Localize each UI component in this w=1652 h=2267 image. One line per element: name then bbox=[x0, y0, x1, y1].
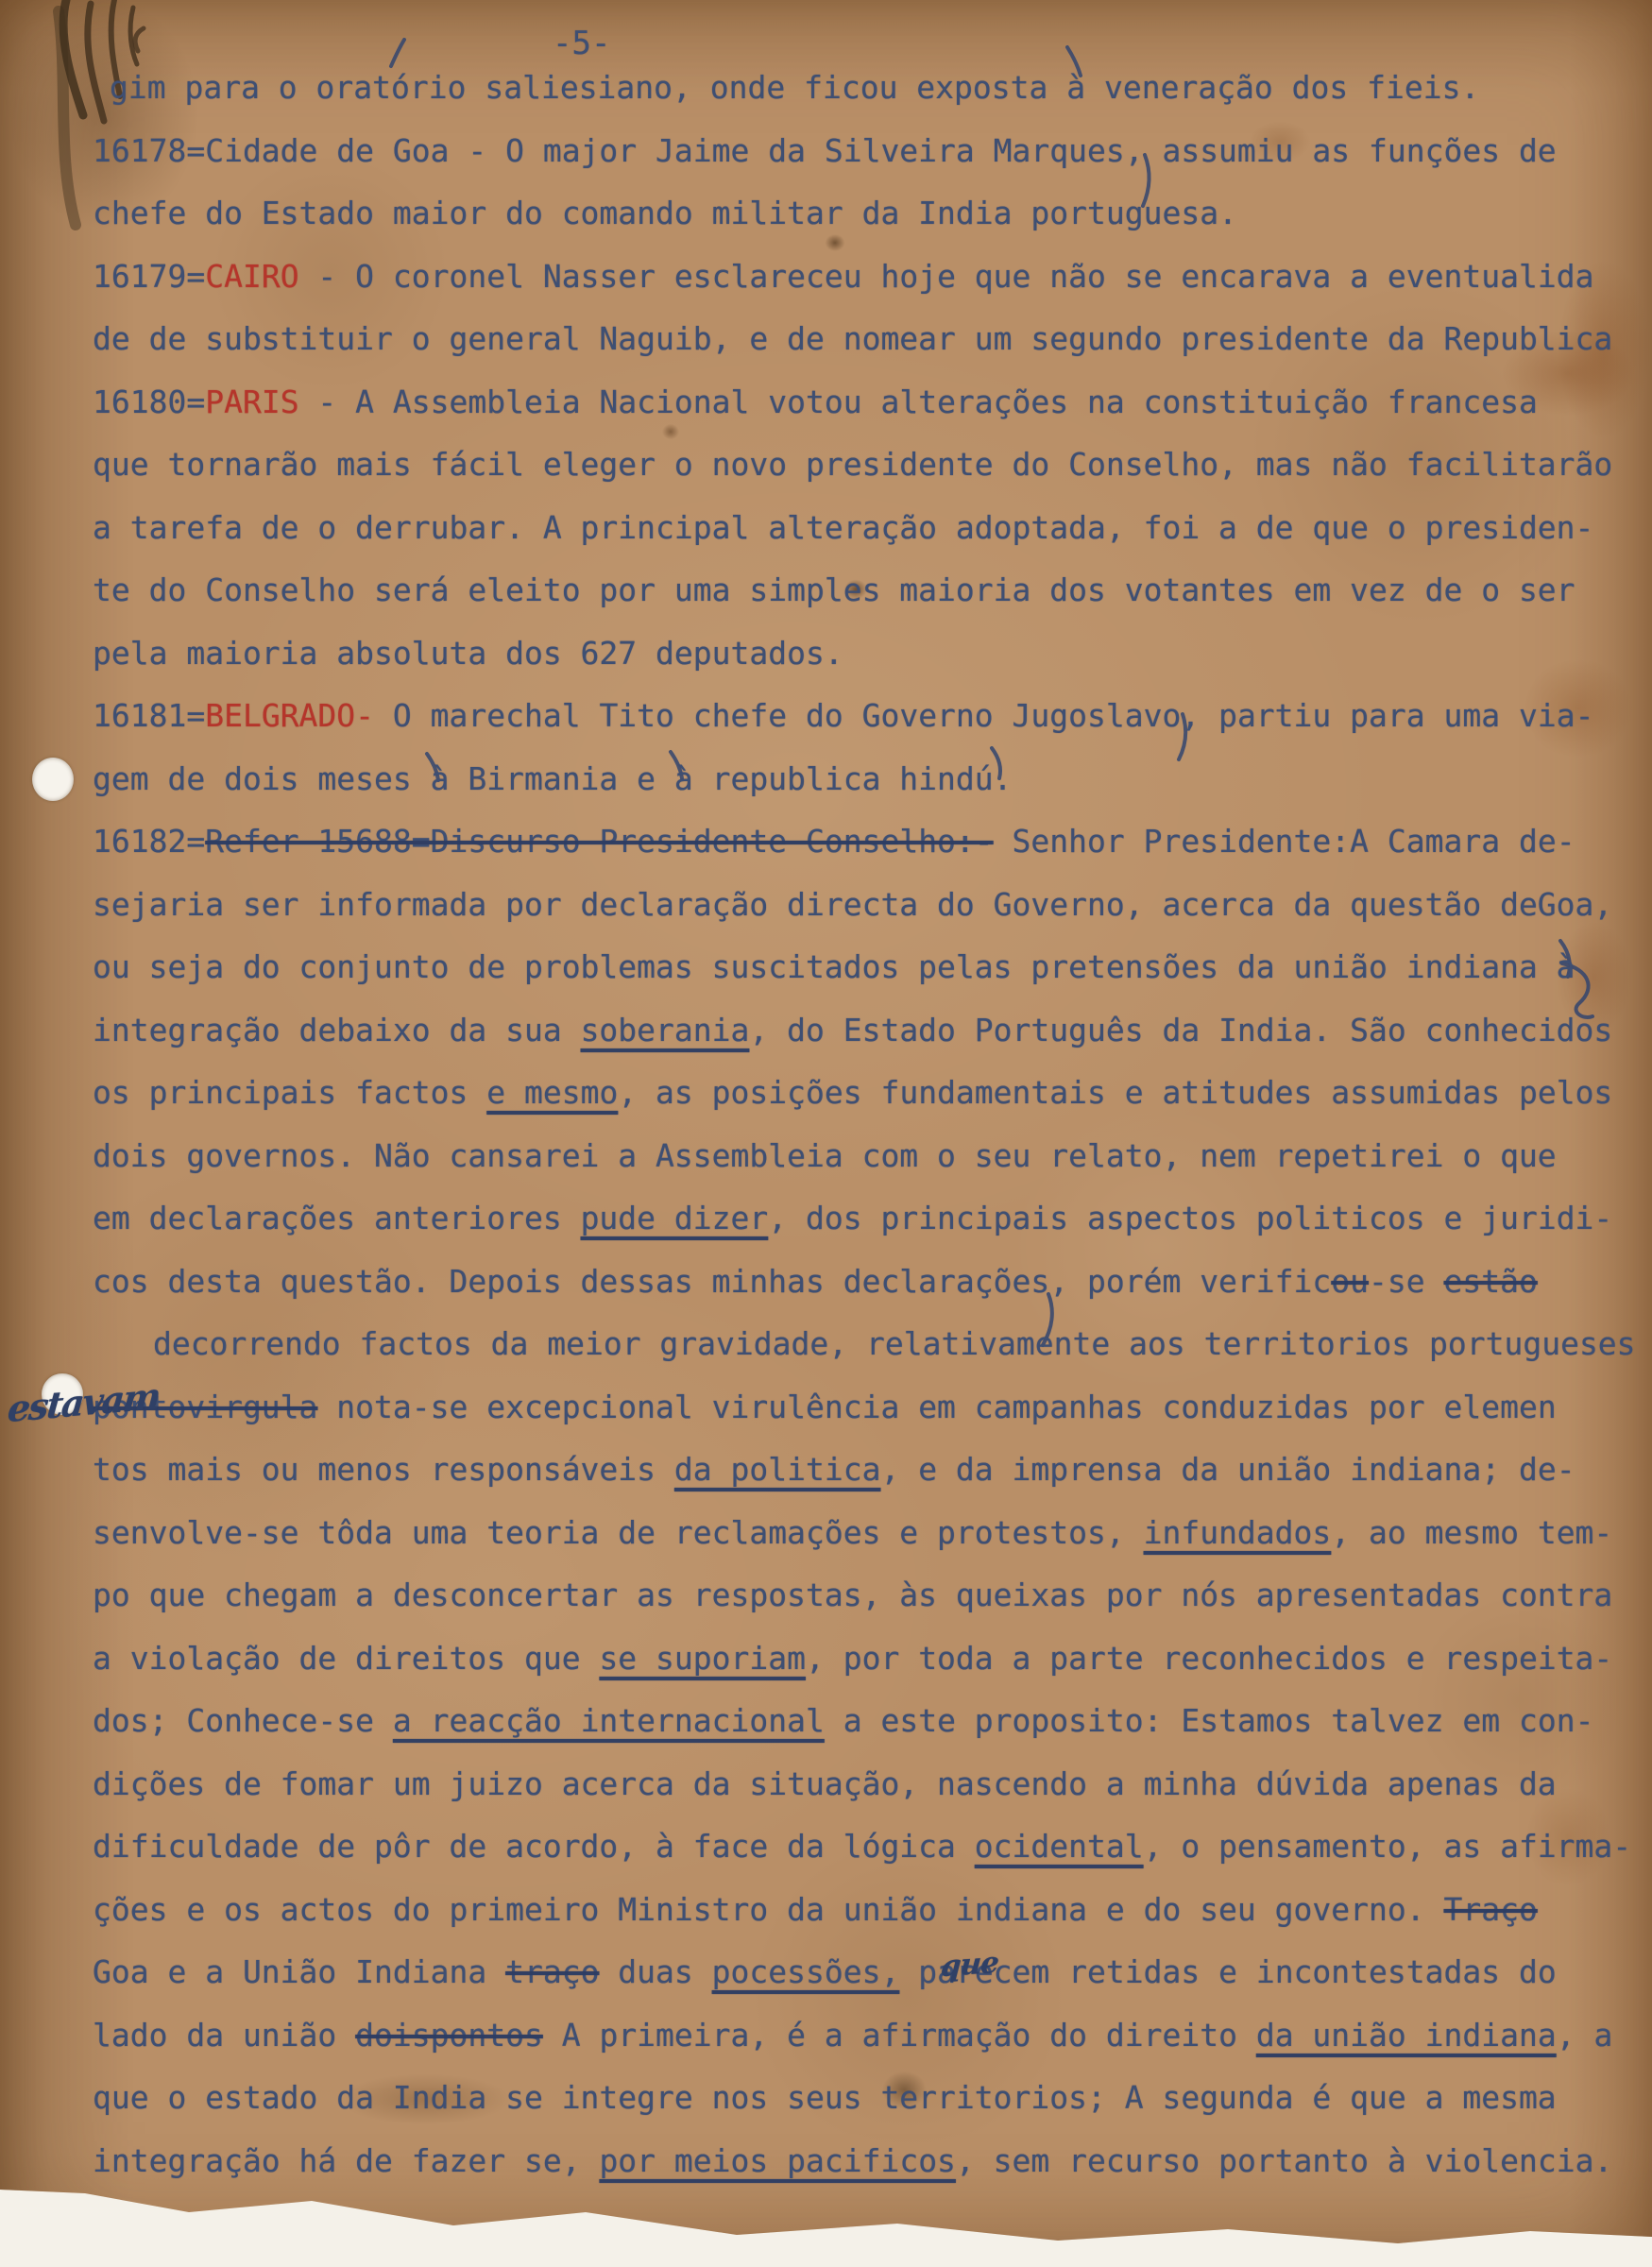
punch-hole bbox=[32, 758, 74, 801]
text-segment: nota-se excepcional virulência em campan… bbox=[317, 1389, 1556, 1425]
text-segment: estão bbox=[1444, 1263, 1538, 1300]
text-line: gem de dois meses à Birmania e à republi… bbox=[93, 748, 1642, 811]
text-line: dos; Conhece-se a reacção internacional … bbox=[93, 1690, 1642, 1753]
text-segment: pude dizer bbox=[581, 1200, 769, 1236]
text-segment: senvolve-se tôda uma teoria de reclamaçõ… bbox=[93, 1514, 1144, 1551]
text-segment: traço bbox=[505, 1953, 599, 1990]
text-segment: O marechal Tito chefe do Governo Jugosla… bbox=[374, 697, 1593, 734]
text-segment: CAIRO bbox=[205, 258, 298, 295]
text-segment: 16179= bbox=[93, 258, 205, 295]
text-segment: Refer 15688=Discurso Presidente Conselho… bbox=[205, 823, 993, 860]
text-segment: pela maioria absoluta dos 627 deputados. bbox=[93, 635, 843, 672]
text-segment: 16178=Cidade de Goa - O major Jaime da S… bbox=[93, 132, 1557, 169]
text-line: ou seja do conjunto de problemas suscita… bbox=[93, 936, 1642, 999]
text-segment: A primeira, é a afirmação do direito bbox=[543, 2017, 1256, 2054]
text-segment: po que chegam a desconcertar as resposta… bbox=[93, 1577, 1612, 1613]
text-segment: cos desta questão. Depois dessas minhas … bbox=[93, 1263, 1331, 1300]
text-line: 16182=Refer 15688=Discurso Presidente Co… bbox=[93, 810, 1642, 874]
text-segment: lado da união bbox=[93, 2017, 355, 2054]
text-line: de de substituir o general Naguib, e de … bbox=[93, 308, 1642, 371]
scanned-document-page: -5- gim para o oratório saliesiano, onde… bbox=[0, 0, 1652, 2267]
text-line: integração há de fazer se, por meios pac… bbox=[93, 2130, 1642, 2193]
text-segment: , a bbox=[1557, 2017, 1613, 2054]
text-segment: , sem recurso portanto à violencia. bbox=[956, 2142, 1612, 2179]
typewritten-text: gim para o oratório saliesiano, onde fic… bbox=[93, 57, 1642, 2192]
text-segment: , o pensamento, as afirma- bbox=[1144, 1828, 1632, 1865]
text-line: integração debaixo da sua soberania, do … bbox=[93, 999, 1642, 1063]
text-segment: integração há de fazer se, bbox=[93, 2142, 599, 2179]
text-line: tos mais ou menos responsáveis da politi… bbox=[93, 1439, 1642, 1502]
text-segment: 16182= bbox=[93, 823, 205, 860]
text-line: gim para o oratório saliesiano, onde fic… bbox=[93, 57, 1642, 120]
text-segment: Senhor Presidente:A Camara de- bbox=[994, 823, 1575, 860]
handwritten-inserted-word: que bbox=[940, 1946, 999, 1985]
text-line: senvolve-se tôda uma teoria de reclamaçõ… bbox=[93, 1502, 1642, 1565]
text-line: 16179=CAIRO - O coronel Nasser esclarece… bbox=[93, 246, 1642, 309]
text-segment: doispontos bbox=[355, 2017, 543, 2054]
text-segment: , e da imprensa da união indiana; de- bbox=[880, 1451, 1575, 1488]
text-segment: integração debaixo da sua bbox=[93, 1012, 581, 1048]
text-line: a tarefa de o derrubar. A principal alte… bbox=[93, 497, 1642, 560]
text-segment: ou seja do conjunto de problemas suscita… bbox=[93, 948, 1575, 985]
text-segment: sejaria ser informada por declaração dir… bbox=[93, 886, 1612, 923]
text-segment: , ao mesmo tem- bbox=[1331, 1514, 1612, 1551]
text-segment: dificuldade de pôr de acordo, à face da … bbox=[93, 1828, 975, 1865]
text-segment: a tarefa de o derrubar. A principal alte… bbox=[93, 509, 1593, 546]
text-line: 16178=Cidade de Goa - O major Jaime da S… bbox=[93, 120, 1642, 183]
text-segment: dições de fomar um juizo acerca da situa… bbox=[93, 1765, 1557, 1802]
text-segment: ções e os actos do primeiro Ministro da … bbox=[93, 1891, 1443, 1928]
text-line: pontovirgula nota-se excepcional virulên… bbox=[93, 1376, 1642, 1440]
text-line: que tornarão mais fácil eleger o novo pr… bbox=[93, 434, 1642, 497]
text-segment: a violação de direitos que bbox=[93, 1640, 599, 1677]
text-segment: 16180= bbox=[93, 384, 205, 420]
text-segment: por meios pacificos bbox=[599, 2142, 956, 2179]
text-line: po que chegam a desconcertar as resposta… bbox=[93, 1564, 1642, 1628]
text-line: te do Conselho será eleito por uma simpl… bbox=[93, 559, 1642, 622]
text-segment: que o estado da India se integre nos seu… bbox=[93, 2079, 1557, 2116]
text-segment: Goa e a União Indiana bbox=[93, 1953, 505, 1990]
text-segment: te do Conselho será eleito por uma simpl… bbox=[93, 571, 1575, 608]
text-segment: se suporiam bbox=[599, 1640, 806, 1677]
text-segment: , as posições fundamentais e atitudes as… bbox=[618, 1074, 1612, 1111]
text-segment: a reacção internacional bbox=[393, 1702, 825, 1739]
text-line: que o estado da India se integre nos seu… bbox=[93, 2067, 1642, 2130]
text-line: em declarações anteriores pude dizer, do… bbox=[93, 1187, 1642, 1251]
text-line: cos desta questão. Depois dessas minhas … bbox=[93, 1251, 1642, 1314]
text-segment: em declarações anteriores bbox=[93, 1200, 581, 1236]
text-segment: - O coronel Nasser esclareceu hoje que n… bbox=[299, 258, 1594, 295]
text-segment: dos; Conhece-se bbox=[93, 1702, 393, 1739]
text-line: dições de fomar um juizo acerca da situa… bbox=[93, 1753, 1642, 1816]
text-segment: de de substituir o general Naguib, e de … bbox=[93, 320, 1612, 357]
text-segment: -se bbox=[1369, 1263, 1443, 1300]
text-segment: - A Assembleia Nacional votou alterações… bbox=[299, 384, 1538, 420]
text-line: 16180=PARIS - A Assembleia Nacional voto… bbox=[93, 371, 1642, 435]
text-segment: da politica bbox=[674, 1451, 881, 1488]
text-line: dois governos. Não cansarei a Assembleia… bbox=[93, 1125, 1642, 1188]
text-segment: chefe do Estado maior do comando militar… bbox=[93, 195, 1237, 231]
text-line: pela maioria absoluta dos 627 deputados. bbox=[93, 622, 1642, 686]
text-line: sejaria ser informada por declaração dir… bbox=[93, 874, 1642, 937]
text-line: chefe do Estado maior do comando militar… bbox=[93, 182, 1642, 246]
text-segment: , dos principais aspectos politicos e ju… bbox=[768, 1200, 1612, 1236]
text-line: ções e os actos do primeiro Ministro da … bbox=[93, 1879, 1642, 1942]
text-segment: Traço bbox=[1443, 1891, 1537, 1928]
text-segment: ocidental bbox=[975, 1828, 1144, 1865]
text-segment: dois governos. Não cansarei a Assembleia… bbox=[93, 1137, 1557, 1174]
text-segment: ou bbox=[1331, 1263, 1369, 1300]
text-segment: da união indiana bbox=[1256, 2017, 1557, 2054]
text-line: dificuldade de pôr de acordo, à face da … bbox=[93, 1815, 1642, 1879]
text-segment: os principais factos bbox=[93, 1074, 486, 1111]
text-segment: PARIS bbox=[205, 384, 298, 420]
text-segment: BELGRADO- bbox=[205, 697, 374, 734]
text-line: os principais factos e mesmo, as posiçõe… bbox=[93, 1062, 1642, 1125]
text-segment: duas bbox=[599, 1953, 711, 1990]
text-line: lado da união doispontos A primeira, é a… bbox=[93, 2004, 1642, 2068]
text-segment: , do Estado Português da India. São conh… bbox=[749, 1012, 1612, 1048]
text-segment: gim para o oratório saliesiano, onde fic… bbox=[110, 69, 1479, 106]
text-segment: pocessões, bbox=[712, 1953, 900, 1990]
text-segment: que tornarão mais fácil eleger o novo pr… bbox=[93, 446, 1612, 483]
text-segment: tos mais ou menos responsáveis bbox=[93, 1451, 674, 1488]
text-line: decorrendo factos da meior gravidade, re… bbox=[93, 1313, 1642, 1376]
text-segment: decorrendo factos da meior gravidade, re… bbox=[153, 1325, 1636, 1362]
text-segment: , por toda a parte reconhecidos e respei… bbox=[806, 1640, 1612, 1677]
text-line: a violação de direitos que se suporiam, … bbox=[93, 1628, 1642, 1691]
text-segment: soberania bbox=[581, 1012, 750, 1048]
text-line: 16181=BELGRADO- O marechal Tito chefe do… bbox=[93, 685, 1642, 748]
text-segment: infundados bbox=[1144, 1514, 1332, 1551]
text-line: Goa e a União Indiana traço duas pocessõ… bbox=[93, 1941, 1642, 2004]
text-segment: 16181= bbox=[93, 697, 205, 734]
text-segment: gem de dois meses à Birmania e à republi… bbox=[93, 760, 1013, 797]
text-segment: a este proposito: Estamos talvez em con- bbox=[825, 1702, 1594, 1739]
text-segment: e mesmo bbox=[486, 1074, 618, 1111]
